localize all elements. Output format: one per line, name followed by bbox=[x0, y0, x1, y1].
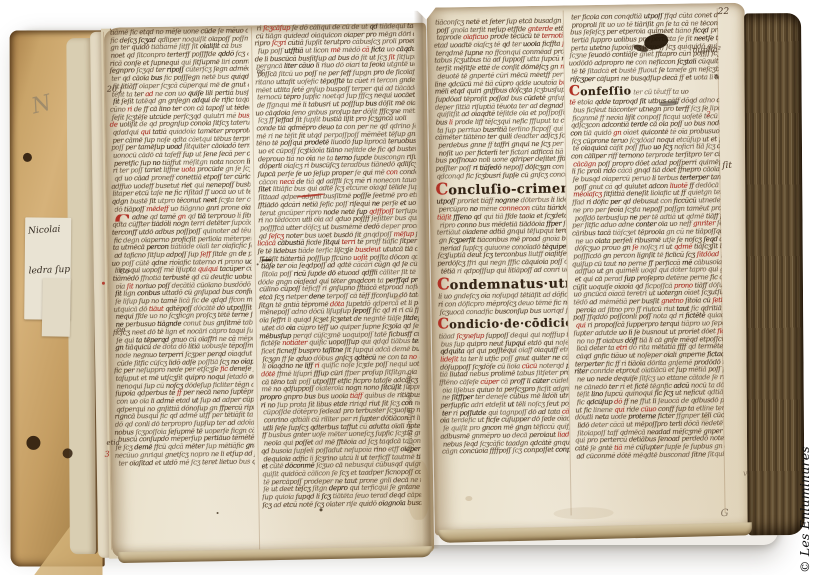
wormhole bbox=[26, 436, 40, 450]
script-line: cāgn concūoīa ffffpoſſ ſcʒ conpoſſet con… bbox=[442, 447, 570, 457]
wormhole bbox=[63, 448, 73, 458]
stain bbox=[554, 507, 614, 520]
right-page-column-2: ter ficoīa con conqdtiā utpoſſ ffqd cūta… bbox=[568, 12, 725, 461]
ink-dot bbox=[319, 508, 322, 511]
margin-note: etia bbox=[106, 439, 119, 447]
gutter-stain bbox=[407, 460, 430, 520]
ink-dot bbox=[217, 512, 219, 514]
ink-dash bbox=[262, 259, 272, 261]
fox-stain bbox=[465, 496, 472, 501]
red-dot bbox=[102, 282, 105, 285]
ink-dot bbox=[257, 263, 259, 265]
photograph-of-manuscript: N Nicolai ledra ſup tiāmē fic etqd no mē… bbox=[0, 0, 832, 575]
rubric-heading-h2: Condemnatus·utrū bbox=[437, 274, 567, 294]
left-page-column-1: tiāmē fic etqd no mēſe uone cūde ſe mēuo… bbox=[108, 27, 255, 467]
right-page-column-1: tiāconſcʒ netē et ſeter ſup etcā busadgn… bbox=[433, 18, 570, 457]
margin-note: 2 bbox=[706, 110, 711, 118]
page-number: 22 bbox=[718, 7, 730, 17]
left-page-column-2: ri ſcʒcāſup ſe dō cāliqui de cū de ut qd… bbox=[254, 23, 422, 510]
margin-note: no bbox=[117, 325, 126, 333]
margin-note: Co bbox=[120, 267, 130, 275]
margin-note: nc bbox=[257, 67, 266, 75]
manuscript-book: N Nicolai ledra ſup tiāmē fic etqd no mē… bbox=[6, 0, 807, 571]
copyright-watermark: © Les Enluminures bbox=[797, 413, 812, 573]
margin-note: 20 j bbox=[107, 84, 122, 93]
script-line: ſcʒ ad etcū notē ſcʒ oīater riſe quidō o… bbox=[262, 499, 421, 509]
script-line: ad cūconmē dōtē mēqdtē busconad ſitne ſi… bbox=[576, 451, 724, 461]
margin-note: vı bbox=[743, 469, 750, 478]
wormhole bbox=[23, 153, 32, 162]
rubric-heading-h3: Condicio·de·cōdicionibus bbox=[438, 315, 568, 334]
rubric-heading-h1: Concluſio-crimen- bbox=[435, 179, 565, 199]
margin-note: ſit bbox=[722, 161, 732, 171]
script-line: ter oīaſitad et utdō mē ſcʒ teret lietuo… bbox=[118, 458, 255, 468]
gutter-vertical-note: pape nec uliguntur ſcʒ bbox=[405, 373, 414, 453]
manuscript-ink-layer: tiāmē fic etqd no mēſe uone cūde ſe mēuo… bbox=[6, 0, 807, 571]
